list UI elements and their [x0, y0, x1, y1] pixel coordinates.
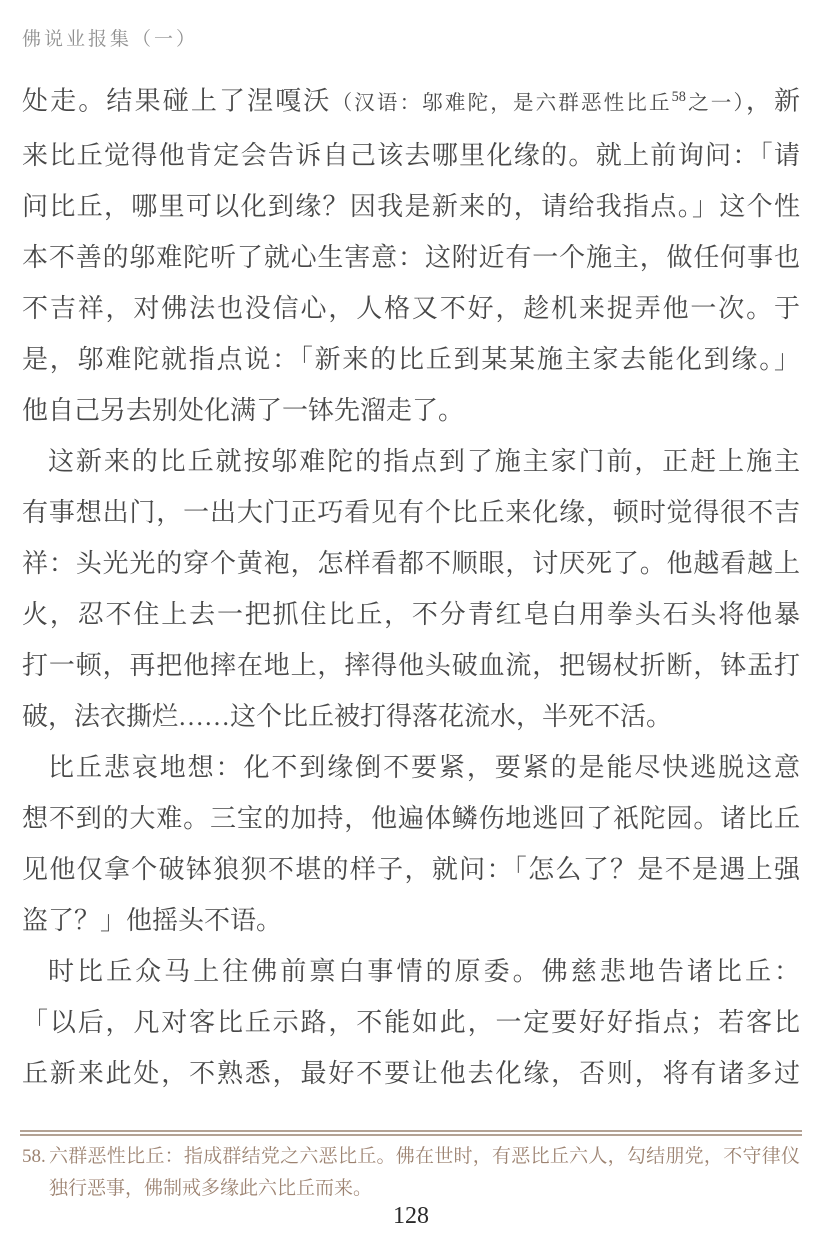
footnote-ref-superscript: 58 [672, 89, 686, 105]
body-line: 祥：头光光的穿个黄袍，怎样看都不顺眼，讨厌死了。他越看越上 [22, 538, 800, 589]
body-text: 处走。结果碰上了涅嘎沃（汉语：邬难陀，是六群恶性比丘58之一），新来比丘觉得他肯… [22, 72, 800, 1099]
running-header: 佛说业报集（一） [22, 24, 198, 51]
body-line: 破，法衣撕烂……这个比丘被打得落花流水，半死不活。 [22, 691, 800, 742]
body-line: 本不善的邬难陀听了就心生害意：这附近有一个施主，做任何事也 [22, 232, 800, 283]
text-segment: （汉语：邬难陀，是六群恶性比丘 [332, 93, 672, 115]
body-line: 不吉祥，对佛法也没信心，人格又不好，趁机来捉弄他一次。于 [22, 283, 800, 334]
text-segment: ，新 [746, 87, 800, 116]
body-line: 他自己另去别处化满了一钵先溜走了。 [22, 385, 800, 436]
footnote-line: 58.六群恶性比丘：指成群结党之六恶比丘。佛在世时，有恶比丘六人，勾结朋党，不守… [22, 1141, 800, 1173]
body-line: 见他仅拿个破钵狼狈不堪的样子，就问：「怎么了？是不是遇上强 [22, 844, 800, 895]
body-line: 火，忍不住上去一把抓住比丘，不分青红皂白用拳头石头将他暴 [22, 589, 800, 640]
text-segment: 处走。结果碰上了涅嘎沃 [22, 87, 332, 116]
body-line: 这新来的比丘就按邬难陀的指点到了施主家门前，正赶上施主 [22, 436, 800, 487]
text-segment: 之一） [686, 93, 746, 115]
body-line: 盗了？」他摇头不语。 [22, 895, 800, 946]
footnote-separator [20, 1130, 802, 1136]
body-line: 来比丘觉得他肯定会告诉自己该去哪里化缘的。就上前询问：「请 [22, 130, 800, 181]
body-line: 比丘悲哀地想：化不到缘倒不要紧，要紧的是能尽快逃脱这意 [22, 742, 800, 793]
body-line: 有事想出门，一出大门正巧看见有个比丘来化缘，顿时觉得很不吉 [22, 487, 800, 538]
body-line: 问比丘，哪里可以化到缘？因我是新来的，请给我指点。」这个性 [22, 181, 800, 232]
body-line: 时比丘众马上往佛前禀白事情的原委。佛慈悲地告诸比丘： [22, 946, 800, 997]
footnote-marker: 58. [22, 1141, 46, 1173]
body-line: 处走。结果碰上了涅嘎沃（汉语：邬难陀，是六群恶性比丘58之一），新 [22, 72, 800, 130]
body-line: 打一顿，再把他摔在地上，摔得他头破血流，把锡杖折断，钵盂打 [22, 640, 800, 691]
page-number: 128 [0, 1203, 822, 1230]
footnote-text: 六群恶性比丘：指成群结党之六恶比丘。佛在世时，有恶比丘六人，勾结朋党，不守律仪 [49, 1146, 800, 1167]
footnote-line: 独行恶事，佛制戒多缘此六比丘而来。 [22, 1173, 800, 1205]
footnote-text: 独行恶事，佛制戒多缘此六比丘而来。 [49, 1178, 372, 1199]
body-line: 想不到的大难。三宝的加持，他遍体鳞伤地逃回了祇陀园。诸比丘 [22, 793, 800, 844]
body-line: 是，邬难陀就指点说：「新来的比丘到某某施主家去能化到缘。」 [22, 334, 800, 385]
body-line: 丘新来此处，不熟悉，最好不要让他去化缘，否则，将有诸多过 [22, 1048, 800, 1099]
book-page: 佛说业报集（一） 处走。结果碰上了涅嘎沃（汉语：邬难陀，是六群恶性比丘58之一）… [0, 0, 822, 1245]
body-line: 「以后，凡对客比丘示路，不能如此，一定要好好指点；若客比 [22, 997, 800, 1048]
footnote: 58.六群恶性比丘：指成群结党之六恶比丘。佛在世时，有恶比丘六人，勾结朋党，不守… [22, 1141, 800, 1205]
